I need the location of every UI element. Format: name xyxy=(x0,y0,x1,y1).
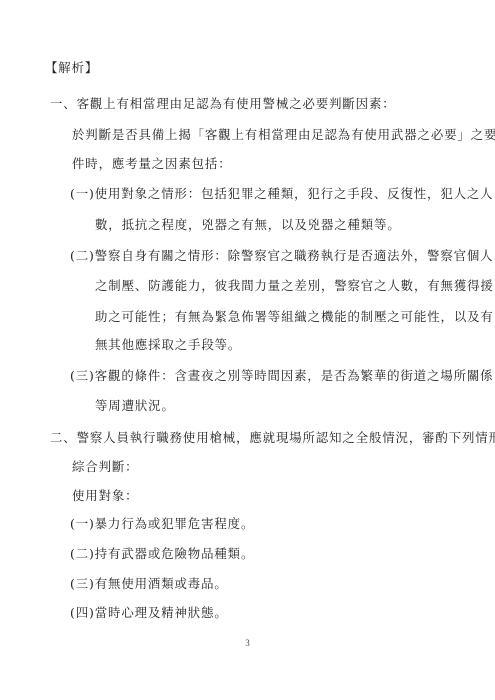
list-item: (一)暴力行為或犯罪危害程度。 xyxy=(70,516,254,532)
paragraph-line: 於判斷是否具備上揭「客觀上有相當理由足認為有使用武器之必要」之要 xyxy=(72,127,495,143)
sub-item-2: (二)警察自身有關之情形：除警察官之職務執行是否適法外，警察官個人 xyxy=(70,248,493,264)
sub-item-3: (三)客觀的條件：含晝夜之別等時間因素，是否為繁華的街道之場所關係 xyxy=(70,368,493,384)
section-heading: 【解析】 xyxy=(45,60,98,76)
list-item: (四)當時心理及精神狀態。 xyxy=(70,605,228,621)
item-2-title: 二、警察人員執行職務使用槍械，應就現場所認知之全般情況，審酌下列情形 xyxy=(50,430,495,446)
sub-item-1: (一)使用對象之情形：包括犯罪之種類，犯行之手段、反復性，犯人之人 xyxy=(70,186,493,202)
paragraph-line: 數，抵抗之程度，兇器之有無，以及兇器之種類等。 xyxy=(95,217,401,233)
paragraph-line: 助之可能性；有無為緊急佈署等組織之機能的制壓之可能性，以及有 xyxy=(95,309,494,325)
page-number: 3 xyxy=(0,638,495,648)
item-1-title: 一、客觀上有相當理由足認為有使用警械之必要判斷因素： xyxy=(50,96,396,112)
list-item: (三)有無使用酒類或毒品。 xyxy=(70,576,228,592)
paragraph-line: 之制壓、防護能力，彼我間力量之差別，警察官之人數，有無獲得援 xyxy=(95,278,494,294)
list-item: (二)持有武器或危險物品種類。 xyxy=(70,546,254,562)
paragraph-line: 使用對象： xyxy=(72,488,138,504)
paragraph-line: 綜合判斷： xyxy=(72,459,138,475)
paragraph-line: 無其他應採取之手段等。 xyxy=(95,337,241,353)
paragraph-line: 等周遭狀況。 xyxy=(95,398,175,414)
paragraph-line: 件時，應考量之因素包括： xyxy=(72,156,232,172)
